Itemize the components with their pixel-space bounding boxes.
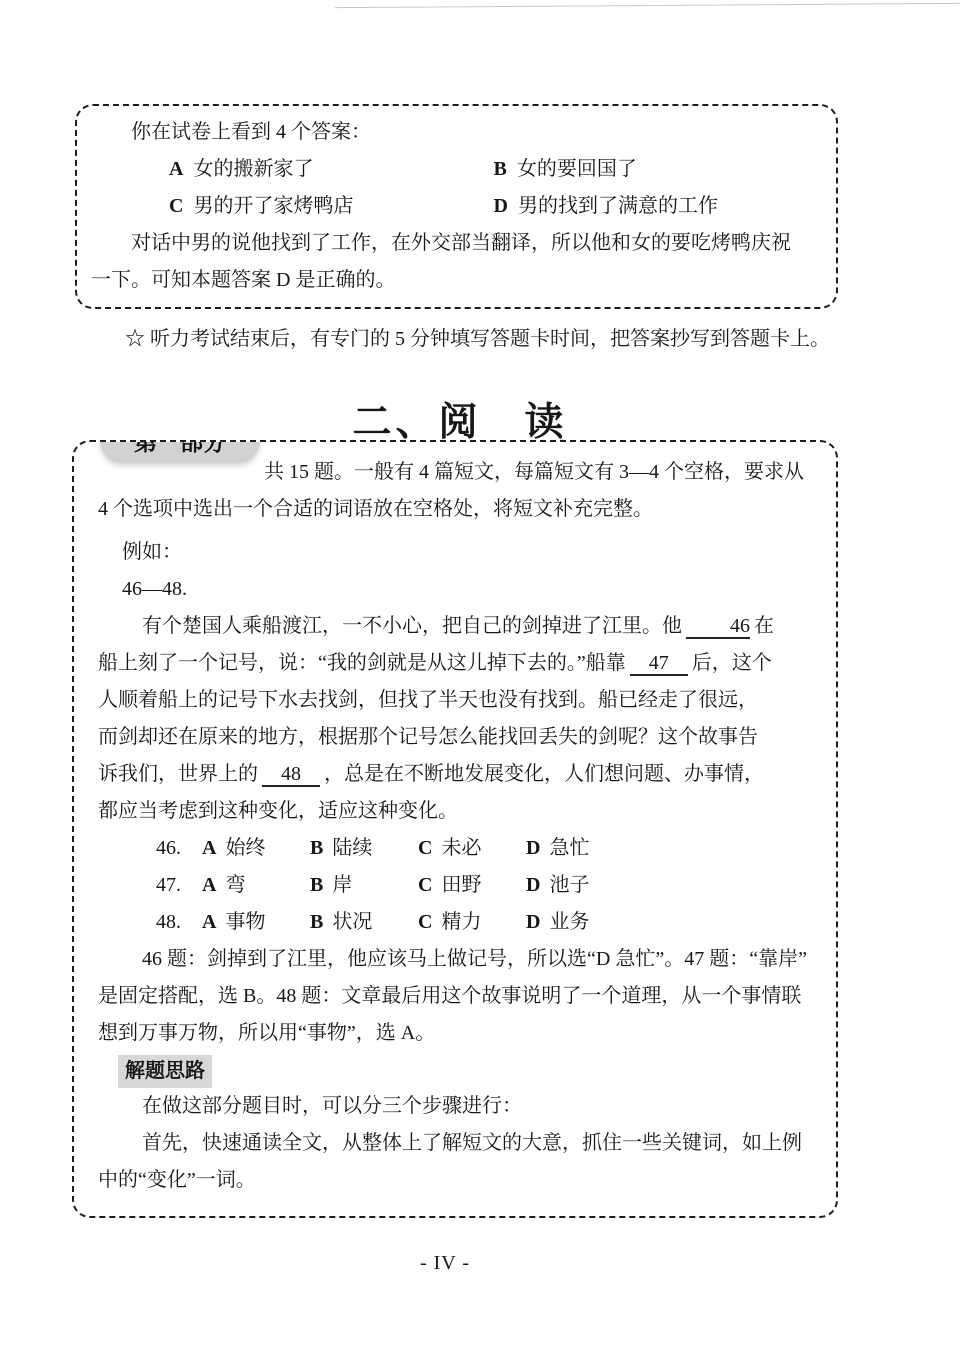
scanned-book-page: 你在试卷上看到 4 个答案： A女的搬新家了 B女的要回国了 C男的开了家烤鸭店… xyxy=(0,0,960,1349)
option-text: 精力 xyxy=(441,911,481,933)
option-d: D池子 xyxy=(526,867,589,904)
option-text: 业务 xyxy=(549,911,589,933)
solving-tips: 解题思路 在做这部分题目时，可以分三个步骤进行： 首先，快速通读全文，从整体上了… xyxy=(98,1052,812,1199)
passage-line: 而剑却还在原来的地方，根据那个记号怎么能找回丢失的剑呢？这个故事告 xyxy=(98,719,812,756)
passage-line: 都应当考虑到这种变化，适应这种变化。 xyxy=(98,793,812,830)
option-text: 弯 xyxy=(225,874,245,896)
option-text: 状况 xyxy=(332,911,372,933)
option-letter: A xyxy=(202,874,216,896)
passage-line: 人顺着船上的记号下水去找剑，但找了半天也没有找到。船已经走了很远， xyxy=(98,682,812,719)
option-letter: D xyxy=(526,874,540,896)
listening-example-intro: 你在试卷上看到 4 个答案： xyxy=(91,114,818,151)
option-text: 田野 xyxy=(441,874,481,896)
part-one-tab: 第一部分 xyxy=(100,440,260,463)
listening-explanation-line: 对话中男的说他找到了工作，在外交部当翻译，所以他和女的要吃烤鸭庆祝 xyxy=(91,225,818,262)
option-letter: C xyxy=(418,837,432,859)
option-letter: C xyxy=(418,911,432,933)
question-number: 48. xyxy=(156,904,202,941)
blank-48: 48 xyxy=(262,763,320,787)
option-letter: C xyxy=(418,874,432,896)
option-letter: D xyxy=(494,195,508,217)
option-text: 始终 xyxy=(225,837,265,859)
tips-line: 中的“变化”一词。 xyxy=(98,1162,812,1199)
option-b: B陆续 xyxy=(310,830,418,867)
question-number: 46. xyxy=(156,830,202,867)
passage-text: 船上刻了一个记号，说：“我的剑就是从这儿掉下去的。”船靠 xyxy=(98,652,626,674)
passage-text: 诉我们，世界上的 xyxy=(98,763,258,785)
answer-option-a: A女的搬新家了 xyxy=(169,151,494,188)
reading-intro-line: 4 个选项中选出一个合适的词语放在空格处，将短文补充完整。 xyxy=(98,491,812,528)
blank-47: 47 xyxy=(630,652,688,676)
option-a: A始终 xyxy=(202,830,310,867)
option-letter: D xyxy=(526,837,540,859)
answer-option-c: C男的开了家烤鸭店 xyxy=(169,188,494,225)
passage-line: 诉我们，世界上的48，总是在不断地发展变化，人们想问题、办事情， xyxy=(98,756,812,793)
listening-example-box: 你在试卷上看到 4 个答案： A女的搬新家了 B女的要回国了 C男的开了家烤鸭店… xyxy=(75,104,838,309)
passage-text: ，总是在不断地发展变化，人们想问题、办事情， xyxy=(324,763,764,785)
analysis-line: 想到万事万物，所以用“事物”，选 A。 xyxy=(98,1015,812,1052)
option-letter: A xyxy=(202,837,216,859)
option-letter: B xyxy=(310,837,323,859)
question-row-47: 47. A弯 B岸 C田野 D池子 xyxy=(156,867,812,904)
question-range: 46—48. xyxy=(98,571,812,608)
answer-analysis: 46 题：剑掉到了江里，他应该马上做记号，所以选“D 急忙”。47 题：“靠岸”… xyxy=(98,941,812,1052)
option-d: D业务 xyxy=(526,904,589,941)
question-number: 47. xyxy=(156,867,202,904)
option-d: D急忙 xyxy=(526,830,589,867)
option-text: 池子 xyxy=(549,874,589,896)
question-row-48: 48. A事物 B状况 C精力 D业务 xyxy=(156,904,812,941)
option-c: C未必 xyxy=(418,830,526,867)
option-text: 岸 xyxy=(332,874,352,896)
reading-part-one-box: 第一部分 共 15 题。一般有 4 篇短文，每篇短文有 3—4 个空格，要求从 … xyxy=(72,440,838,1218)
option-letter: B xyxy=(310,911,323,933)
page-number: - IV - xyxy=(0,1252,890,1275)
option-text: 急忙 xyxy=(549,837,589,859)
analysis-line: 46 题：剑掉到了江里，他应该马上做记号，所以选“D 急忙”。47 题：“靠岸” xyxy=(98,941,812,978)
blank-46: 46 xyxy=(686,615,750,639)
passage-line: 船上刻了一个记号，说：“我的剑就是从这儿掉下去的。”船靠47后，这个 xyxy=(98,645,812,682)
answer-options-row: C男的开了家烤鸭店 D男的找到了满意的工作 xyxy=(169,188,818,225)
option-c: C田野 xyxy=(418,867,526,904)
option-b: B岸 xyxy=(310,867,418,904)
option-text: 男的开了家烤鸭店 xyxy=(193,195,353,217)
answer-sheet-note: ☆ 听力考试结束后，有专门的 5 分钟填写答题卡时间，把答案抄写到答题卡上。 xyxy=(125,321,905,358)
listening-explanation-line: 一下。可知本题答案 D 是正确的。 xyxy=(91,262,818,299)
answer-option-d: D男的找到了满意的工作 xyxy=(494,188,819,225)
option-a: A弯 xyxy=(202,867,310,904)
option-b: B状况 xyxy=(310,904,418,941)
option-a: A事物 xyxy=(202,904,310,941)
option-letter: B xyxy=(494,158,507,180)
question-row-46: 46. A始终 B陆续 C未必 D急忙 xyxy=(156,830,812,867)
scan-artifact-line xyxy=(335,3,960,8)
option-text: 未必 xyxy=(441,837,481,859)
answer-option-b: B女的要回国了 xyxy=(494,151,819,188)
example-label: 例如： xyxy=(98,534,812,571)
option-text: 事物 xyxy=(225,911,265,933)
option-letter: A xyxy=(169,158,183,180)
tips-heading: 解题思路 xyxy=(118,1055,212,1088)
option-c: C精力 xyxy=(418,904,526,941)
option-letter: A xyxy=(202,911,216,933)
option-letter: D xyxy=(526,911,540,933)
passage-text: 有个楚国人乘船渡江，一不小心，把自己的剑掉进了江里。他 xyxy=(142,615,682,637)
option-text: 女的要回国了 xyxy=(517,158,637,180)
option-letter: C xyxy=(169,195,183,217)
passage-text: 在 xyxy=(754,615,774,637)
answer-options-row: A女的搬新家了 B女的要回国了 xyxy=(169,151,818,188)
analysis-line: 是固定搭配，选 B。48 题：文章最后用这个故事说明了一个道理，从一个事情联 xyxy=(98,978,812,1015)
passage-line: 有个楚国人乘船渡江，一不小心，把自己的剑掉进了江里。他46在 xyxy=(98,608,812,645)
passage-text: 后，这个 xyxy=(692,652,772,674)
option-text: 陆续 xyxy=(332,837,372,859)
option-letter: B xyxy=(310,874,323,896)
option-text: 女的搬新家了 xyxy=(193,158,313,180)
cloze-passage: 有个楚国人乘船渡江，一不小心，把自己的剑掉进了江里。他46在 船上刻了一个记号，… xyxy=(98,608,812,830)
question-option-rows: 46. A始终 B陆续 C未必 D急忙 47. A弯 B岸 C田野 D池子 48… xyxy=(98,830,812,941)
tips-line: 在做这部分题目时，可以分三个步骤进行： xyxy=(98,1088,812,1125)
tips-line: 首先，快速通读全文，从整体上了解短文的大意，抓住一些关键词，如上例 xyxy=(98,1125,812,1162)
option-text: 男的找到了满意的工作 xyxy=(518,195,718,217)
